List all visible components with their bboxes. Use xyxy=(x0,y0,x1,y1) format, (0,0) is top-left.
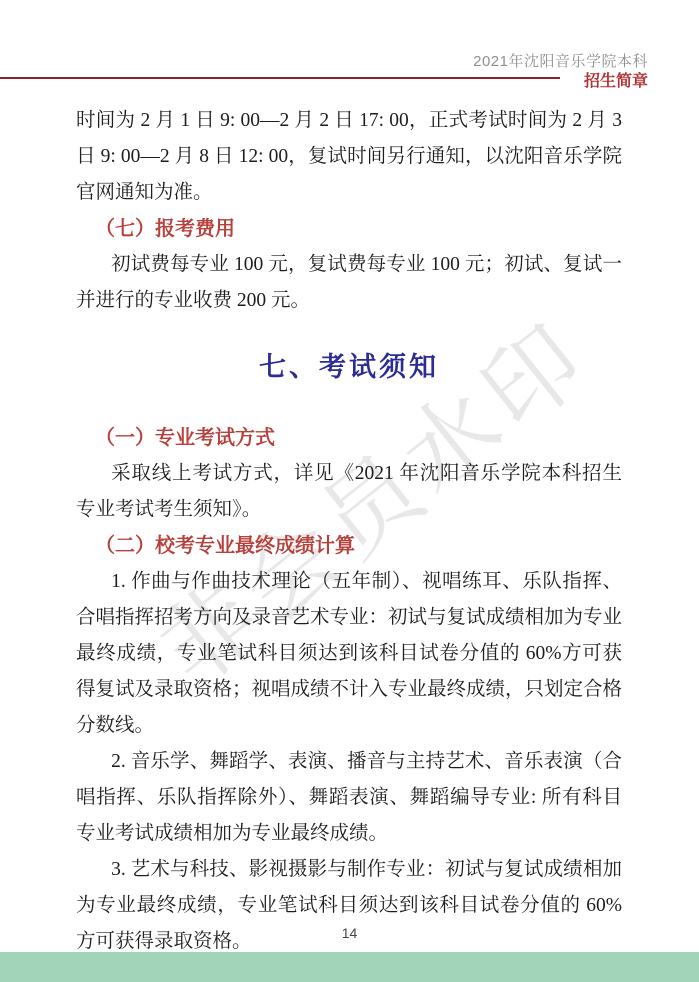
footer-green-band xyxy=(0,952,699,982)
sub-heading: （二）校考专业最终成绩计算 xyxy=(76,528,622,564)
sub-heading: （一）专业考试方式 xyxy=(76,420,622,456)
document-body: 时间为 2 月 1 日 9: 00—2 月 2 日 17: 00，正式考试时间为… xyxy=(76,103,622,960)
header-rule-divider xyxy=(0,77,560,79)
document-page: 2021年沈阳音乐学院本科 招生简章 非会员水印 时间为 2 月 1 日 9: … xyxy=(0,0,699,982)
body-paragraph: 初试费每专业 100 元，复试费每专业 100 元；初试、复试一并进行的专业收费… xyxy=(76,247,622,319)
section-title: 七、考试须知 xyxy=(76,347,622,388)
body-paragraph: 2. 音乐学、舞蹈学、表演、播音与主持艺术、音乐表演（合唱指挥、乐队指挥除外）、… xyxy=(76,744,622,852)
body-paragraph: 1. 作曲与作曲技术理论（五年制）、视唱练耳、乐队指挥、合唱指挥招考方向及录音艺… xyxy=(76,564,622,744)
body-paragraph: 采取线上考试方式，详见《2021 年沈阳音乐学院本科招生专业考试考生须知》。 xyxy=(76,456,622,528)
header-subtitle: 招生简章 xyxy=(584,68,648,91)
sub-heading: （七）报考费用 xyxy=(76,211,622,247)
page-number: 14 xyxy=(0,925,699,941)
body-paragraph: 时间为 2 月 1 日 9: 00—2 月 2 日 17: 00，正式考试时间为… xyxy=(76,103,622,211)
body-paragraph: 3. 艺术与科技、影视摄影与制作专业：初试与复试成绩相加为专业最终成绩，专业笔试… xyxy=(76,852,622,960)
